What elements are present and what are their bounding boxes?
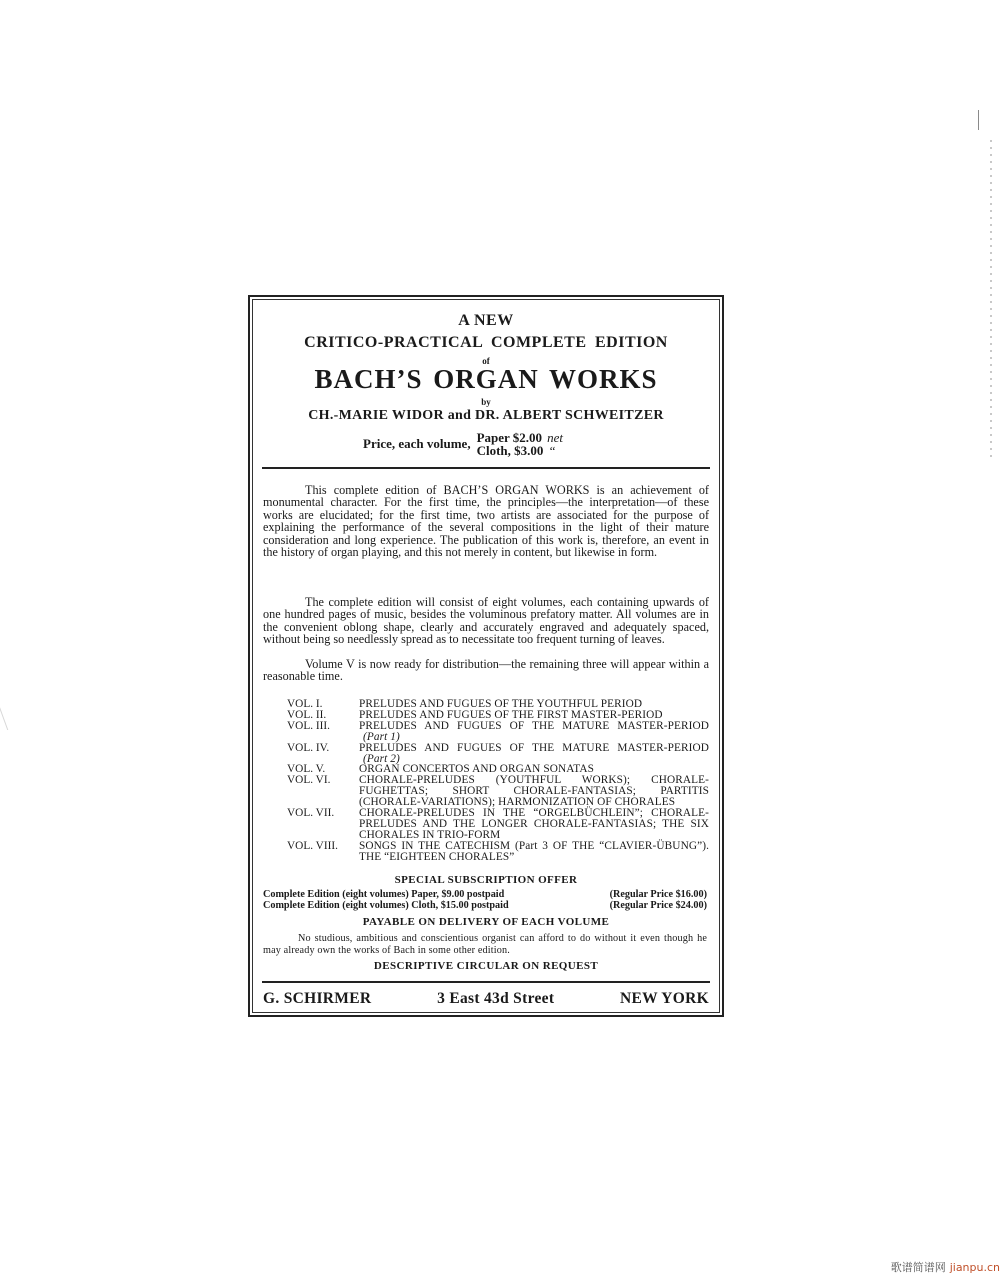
payable-notice: PAYABLE ON DELIVERY OF EACH VOLUME bbox=[253, 916, 719, 928]
volume-number: VOL. VI. bbox=[287, 775, 359, 808]
volume-item: VOL. VII.CHORALE-PRELUDES IN THE “ORGELB… bbox=[287, 808, 709, 841]
volume-title-wrap: PRELUDES AND FUGUES OF THE MATURE MASTER… bbox=[359, 721, 709, 743]
paragraph-text: This complete edition of BACH’S ORGAN WO… bbox=[263, 484, 709, 558]
volume-number: VOL. VIII. bbox=[287, 841, 359, 863]
watermark-url: jianpu.cn bbox=[950, 1261, 1000, 1274]
volume-title: SONGS IN THE CATECHISM (Part 3 OF THE “C… bbox=[359, 841, 709, 863]
publisher-address: 3 East 43d Street bbox=[437, 990, 554, 1008]
offer-description: Complete Edition (eight volumes) Cloth, … bbox=[263, 900, 509, 911]
scan-artifact bbox=[990, 140, 992, 460]
volume-item: VOL. III.PRELUDES AND FUGUES OF THE MATU… bbox=[287, 721, 709, 743]
volume-number: VOL. IV. bbox=[287, 743, 359, 765]
paragraph-volumes: The complete edition will consist of eig… bbox=[263, 596, 709, 646]
volume-title: PRELUDES AND FUGUES OF THE MATURE MASTER… bbox=[359, 720, 709, 732]
volume-number: VOL. III. bbox=[287, 721, 359, 743]
publisher-footer: G. SCHIRMER 3 East 43d Street NEW YORK bbox=[263, 990, 709, 1008]
authors: CH.-MARIE WIDOR and DR. ALBERT SCHWEITZE… bbox=[253, 408, 719, 424]
offer-regular-price: (Regular Price $24.00) bbox=[610, 900, 707, 911]
price-label: Price, each volume, bbox=[363, 436, 471, 452]
price-block: Price, each volume, Paper $2.00net Cloth… bbox=[363, 431, 563, 457]
closing-text: No studious, ambitious and conscientious… bbox=[263, 933, 707, 956]
headline-by: by bbox=[253, 397, 719, 407]
scan-artifact bbox=[978, 110, 979, 130]
price-cloth-note: “ bbox=[548, 443, 555, 458]
publisher-name: G. SCHIRMER bbox=[263, 990, 371, 1008]
price-cloth: Cloth, $3.00“ bbox=[477, 444, 563, 457]
headline-a-new: A NEW bbox=[253, 312, 719, 330]
volume-list: VOL. I.PRELUDES AND FUGUES OF THE YOUTHF… bbox=[287, 699, 709, 863]
divider bbox=[262, 467, 710, 469]
paragraph-availability: Volume V is now ready for distribution—t… bbox=[263, 658, 709, 683]
volume-item: VOL. VIII.SONGS IN THE CATECHISM (Part 3… bbox=[287, 841, 709, 863]
volume-item: VOL. VI.CHORALE-PRELUDES (YOUTHFUL WORKS… bbox=[287, 775, 709, 808]
volume-number: VOL. VII. bbox=[287, 808, 359, 841]
price-cloth-value: Cloth, $3.00 bbox=[477, 443, 544, 458]
offer-paper: Complete Edition (eight volumes) Paper, … bbox=[263, 889, 707, 900]
advertisement-frame: A NEW CRITICO-PRACTICAL COMPLETE EDITION… bbox=[248, 295, 724, 1017]
paragraph-text: The complete edition will consist of eig… bbox=[263, 596, 709, 646]
publisher-city: NEW YORK bbox=[620, 990, 709, 1008]
document-title: BACH’S ORGAN WORKS bbox=[253, 364, 719, 395]
circular-notice: DESCRIPTIVE CIRCULAR ON REQUEST bbox=[253, 960, 719, 972]
watermark-site-name: 歌谱简谱网 bbox=[891, 1261, 946, 1274]
offer-regular-price: (Regular Price $16.00) bbox=[610, 889, 707, 900]
paragraph-intro: This complete edition of BACH’S ORGAN WO… bbox=[263, 484, 709, 558]
scan-artifact bbox=[0, 690, 22, 730]
headline-edition: CRITICO-PRACTICAL COMPLETE EDITION bbox=[253, 334, 719, 352]
advertisement-inner-frame: A NEW CRITICO-PRACTICAL COMPLETE EDITION… bbox=[252, 299, 720, 1013]
subscription-heading: SPECIAL SUBSCRIPTION OFFER bbox=[253, 874, 719, 886]
price-options: Paper $2.00net Cloth, $3.00“ bbox=[477, 431, 563, 457]
offer-description: Complete Edition (eight volumes) Paper, … bbox=[263, 889, 504, 900]
paragraph-text: Volume V is now ready for distribution—t… bbox=[263, 658, 709, 683]
volume-title: CHORALE-PRELUDES (YOUTHFUL WORKS); CHORA… bbox=[359, 775, 709, 808]
volume-title: CHORALE-PRELUDES IN THE “ORGELBÜCHLEIN”;… bbox=[359, 808, 709, 841]
volume-item: VOL. IV.PRELUDES AND FUGUES OF THE MATUR… bbox=[287, 743, 709, 765]
volume-title: PRELUDES AND FUGUES OF THE MATURE MASTER… bbox=[359, 742, 709, 754]
volume-title-wrap: PRELUDES AND FUGUES OF THE MATURE MASTER… bbox=[359, 743, 709, 765]
closing-statement: No studious, ambitious and conscientious… bbox=[263, 933, 707, 956]
offer-cloth: Complete Edition (eight volumes) Cloth, … bbox=[263, 900, 707, 911]
watermark: 歌谱简谱网jianpu.cn bbox=[891, 1259, 1000, 1275]
divider bbox=[262, 981, 710, 983]
